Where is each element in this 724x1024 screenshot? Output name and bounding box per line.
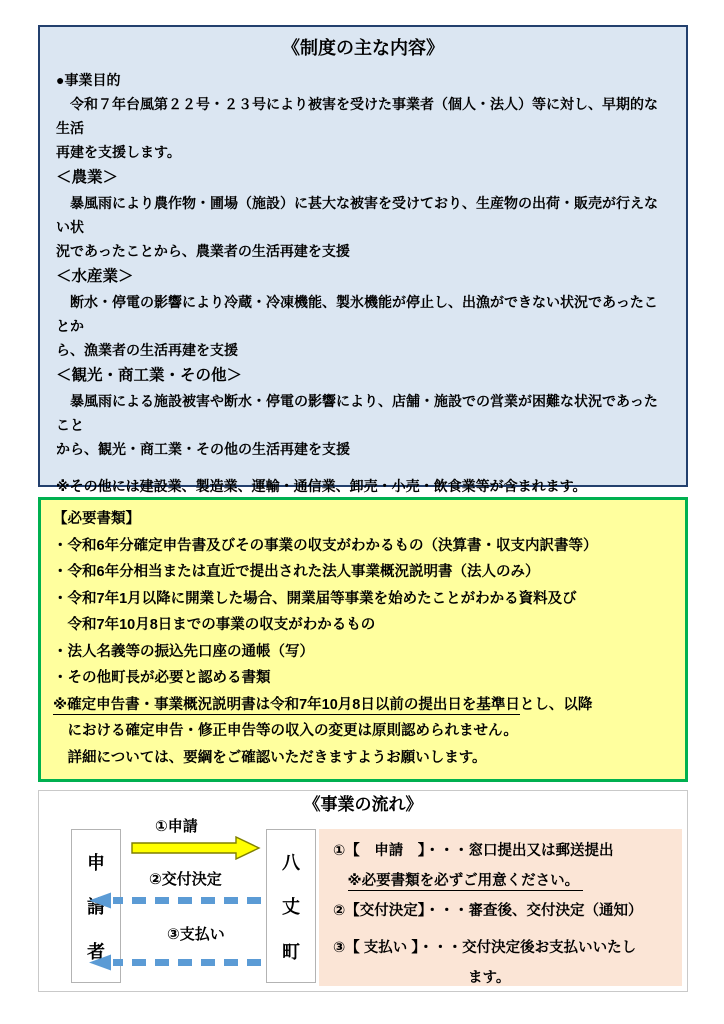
text-line: 詳細については、要綱をご確認いただきますようお願いします。 bbox=[53, 745, 673, 772]
text-line: ・法人名義等の振込先口座の通帳（写） bbox=[53, 639, 673, 666]
required-docs-panel: 【必要書類】・令和6年分確定申告書及びその事業の収支がわかるもの（決算書・収支内… bbox=[38, 497, 688, 782]
text-line: ①【 申請 】・・・窓口提出又は郵送提出 bbox=[333, 836, 676, 866]
text-line: ・令和6年分相当または直近で提出された法人事業概況説明書（法人のみ） bbox=[53, 559, 673, 586]
text-line: 暴風雨による施設被害や断水・停電の影響により、店舗・施設での営業が困難な状況であ… bbox=[56, 389, 670, 437]
main-notice-title: 《制度の主な内容》 bbox=[56, 33, 670, 63]
text-line: ＜水産業＞ bbox=[56, 263, 670, 290]
text-line: ら、漁業者の生活再建を支援 bbox=[56, 338, 670, 362]
dashed-arrow-left-icon bbox=[89, 954, 261, 976]
text-line: から、観光・商工業・その他の生活再建を支援 bbox=[56, 437, 670, 461]
text-line: ●事業目的 bbox=[56, 68, 670, 92]
text-line: ＜観光・商工業・その他＞ bbox=[56, 362, 670, 389]
flow-detail-body: ①【 申請 】・・・窓口提出又は郵送提出 ※必要書類を必ずご用意ください。 ②【… bbox=[333, 836, 676, 993]
flow-panel: 《事業の流れ》 申請者 八丈町 ①申請 ②交付決定 ③支払い ①【 申請 】・・… bbox=[38, 790, 688, 992]
text-line: ・令和6年分確定申告書及びその事業の収支がわかるもの（決算書・収支内訳書等） bbox=[53, 533, 673, 560]
text-line: 【必要書類】 bbox=[53, 506, 673, 533]
text-line: 令和7年10月8日までの事業の収支がわかるもの bbox=[53, 612, 673, 639]
text-line: ・令和7年1月以降に開業した場合、開業届等事業を始めたことがわかる資料及び bbox=[53, 586, 673, 613]
text-line: ・その他町長が必要と認める書類 bbox=[53, 665, 673, 692]
step1-label: ①申請 bbox=[155, 815, 198, 836]
text-line: ※その他には建設業、製造業、運輸・通信業、卸売・小売・飲食業等が含まれます。 bbox=[56, 474, 670, 498]
dashed-arrow-left-icon bbox=[89, 892, 261, 914]
solid-arrow-right-icon bbox=[131, 836, 261, 865]
text-line: 令和７年台風第２２号・２３号により被害を受けた事業者（個人・法人）等に対し、早期… bbox=[56, 92, 670, 140]
document-page: { "palette": { "section1_bg": "#dbe6f2",… bbox=[0, 0, 724, 1024]
flow-detail-panel: ①【 申請 】・・・窓口提出又は郵送提出 ※必要書類を必ずご用意ください。 ②【… bbox=[319, 829, 682, 986]
text-line: ※確定申告書・事業概況説明書は令和7年10月8日以前の提出日を基準日とし、以降 bbox=[53, 692, 673, 719]
text-line: ※必要書類を必ずご用意ください。 bbox=[333, 866, 676, 896]
step3-label: ③支払い bbox=[167, 923, 225, 944]
flow-title: 《事業の流れ》 bbox=[39, 793, 687, 817]
text-line: ＜農業＞ bbox=[56, 164, 670, 191]
text-line: 再建を支援します。 bbox=[56, 140, 670, 164]
text-line: ます。 bbox=[333, 963, 676, 993]
text-line: 断水・停電の影響により冷蔵・冷凍機能、製氷機能が停止し、出漁ができない状況であっ… bbox=[56, 290, 670, 338]
text-line: ②【交付決定】・・・審査後、交付決定（通知） bbox=[333, 896, 676, 926]
text-line bbox=[56, 461, 670, 474]
step2-label: ②交付決定 bbox=[149, 868, 222, 889]
text-line: ③【 支払い 】・・・交付決定後お支払いいたし bbox=[333, 933, 676, 963]
text-line: 況であったことから、農業者の生活再建を支援 bbox=[56, 239, 670, 263]
required-docs-body: 【必要書類】・令和6年分確定申告書及びその事業の収支がわかるもの（決算書・収支内… bbox=[53, 506, 673, 771]
text-line: における確定申告・修正申告等の収入の変更は原則認められません。 bbox=[53, 718, 673, 745]
main-notice-panel: 《制度の主な内容》 ●事業目的 令和７年台風第２２号・２３号により被害を受けた事… bbox=[38, 25, 688, 487]
text-line: 暴風雨により農作物・圃場（施設）に甚大な被害を受けており、生産物の出荷・販売が行… bbox=[56, 191, 670, 239]
town-box: 八丈町 bbox=[266, 829, 316, 983]
